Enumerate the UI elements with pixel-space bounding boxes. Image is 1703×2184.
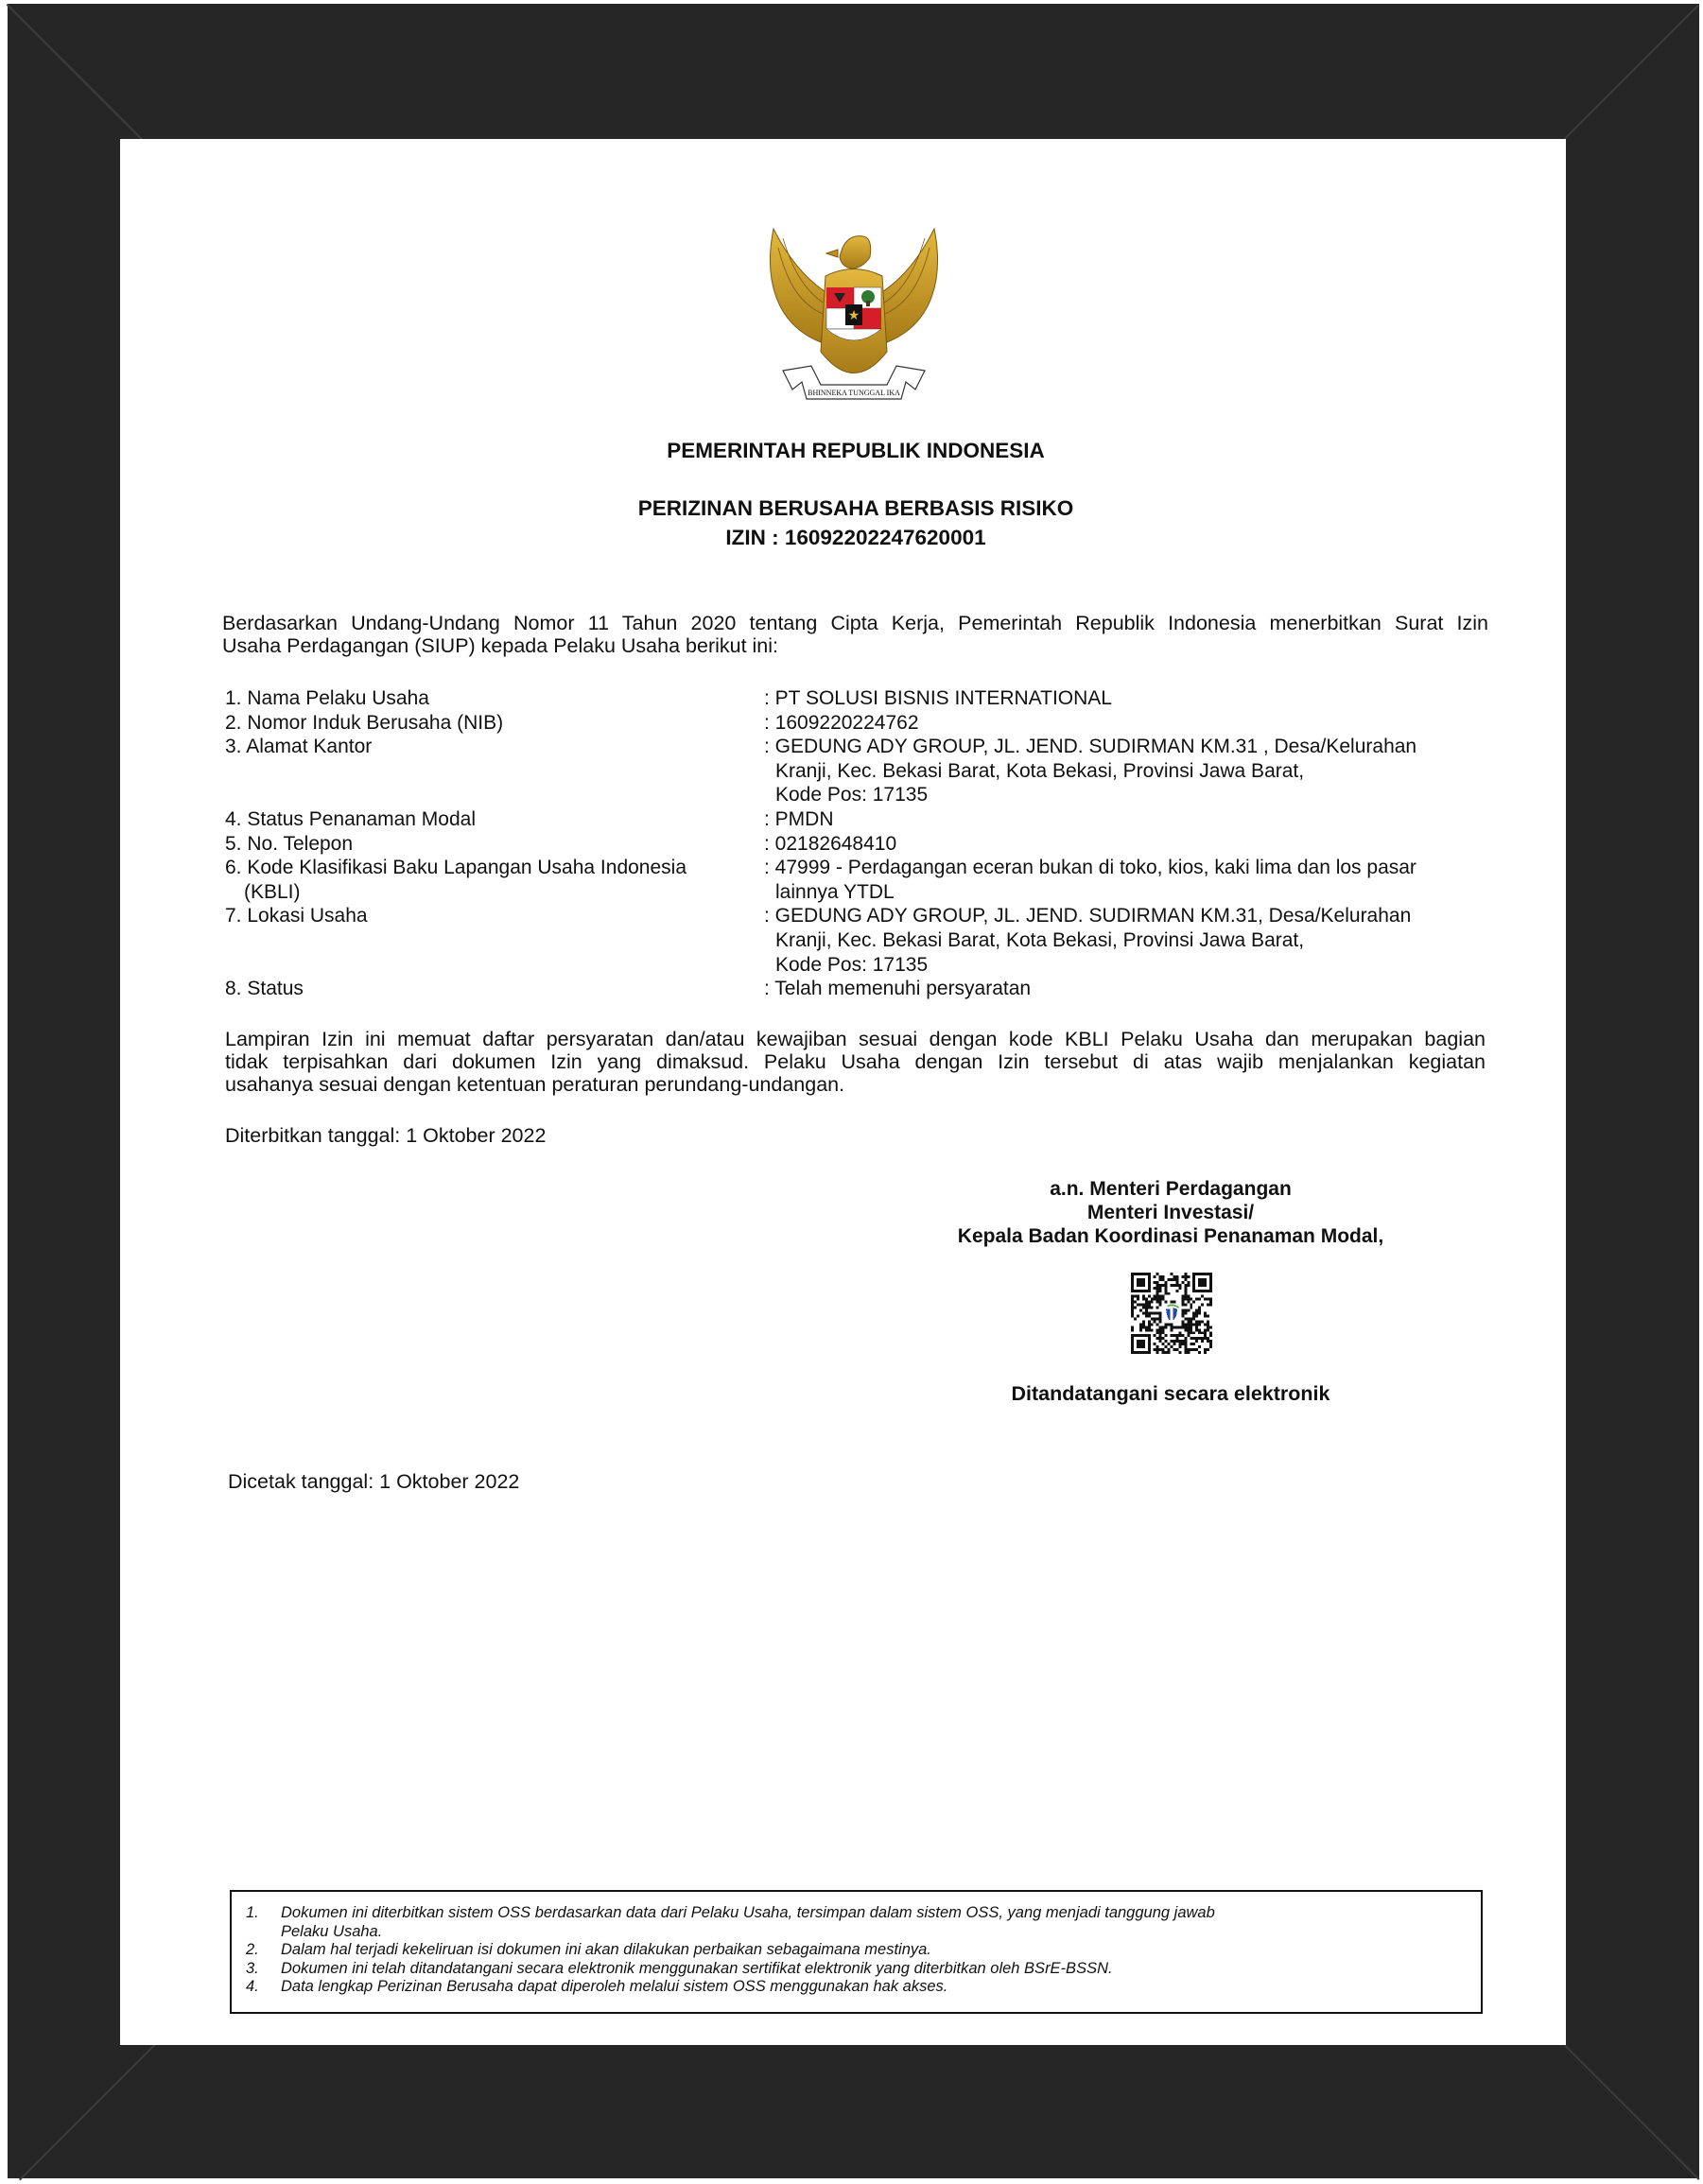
footer-note-text: Dokumen ini telah ditandatangani secara … (281, 1960, 1113, 1979)
svg-text:BHINNEKA TUNGGAL IKA: BHINNEKA TUNGGAL IKA (808, 389, 900, 397)
garuda-pancasila-emblem-icon: ★ BHINNEKA TUNGGAL IKA (764, 210, 944, 408)
field-value-continuation: Kode Pos: 17135 (775, 953, 928, 978)
signatory-line-1: a.n. Menteri Perdagangan (1050, 1177, 1292, 1201)
field-label: 1. Nama Pelaku Usaha (225, 686, 429, 711)
footer-note-text: Pelaku Usaha. (281, 1923, 382, 1942)
field-label: 2. Nomor Induk Berusaha (NIB) (225, 711, 503, 736)
government-title: PEMERINTAH REPUBLIK INDONESIA (667, 439, 1045, 463)
footer-notes-box: 1.Dokumen ini diterbitkan sistem OSS ber… (230, 1890, 1483, 2014)
footer-note-text: Dalam hal terjadi kekeliruan isi dokumen… (281, 1941, 931, 1960)
footer-note-number: 4. (246, 1978, 259, 1997)
field-value-continuation: Kranji, Kec. Bekasi Barat, Kota Bekasi, … (775, 759, 1304, 784)
footer-note-text: Dokumen ini diterbitkan sistem OSS berda… (281, 1904, 1215, 1923)
attachment-line-1: Lampiran Izin ini memuat daftar persyara… (225, 1028, 1486, 1050)
field-value: : PMDN (764, 807, 834, 832)
field-label: 7. Lokasi Usaha (225, 904, 368, 928)
footer-note-number: 3. (246, 1960, 259, 1979)
signatory-line-3: Kepala Badan Koordinasi Penanaman Modal, (958, 1224, 1383, 1248)
field-label: 3. Alamat Kantor (225, 735, 372, 759)
signatory-line-2: Menteri Investasi/ (1087, 1201, 1254, 1224)
footer-note-number: 2. (246, 1941, 259, 1960)
field-value: : GEDUNG ADY GROUP, JL. JEND. SUDIRMAN K… (764, 904, 1411, 928)
electronic-signature-note: Ditandatangani secara elektronik (1012, 1382, 1330, 1406)
attachment-paragraph: Lampiran Izin ini memuat daftar persyara… (225, 1028, 1486, 1096)
field-label: 6. Kode Klasifikasi Baku Lapangan Usaha … (225, 856, 686, 880)
issued-date: Diterbitkan tanggal: 1 Oktober 2022 (225, 1124, 546, 1148)
field-value: : 1609220224762 (764, 711, 919, 736)
intro-paragraph: Berdasarkan Undang-Undang Nomor 11 Tahun… (222, 612, 1488, 657)
permit-type-title: PERIZINAN BERUSAHA BERBASIS RISIKO (638, 496, 1073, 521)
field-value: : 02182648410 (764, 832, 896, 857)
field-value: : 47999 - Perdagangan eceran bukan di to… (764, 856, 1416, 880)
field-label: 4. Status Penanaman Modal (225, 807, 476, 832)
attachment-line-3: usahanya sesuai dengan ketentuan peratur… (225, 1073, 1486, 1096)
field-label-continuation: (KBLI) (244, 880, 301, 905)
field-label: 8. Status (225, 977, 304, 1001)
permit-number: IZIN : 16092202247620001 (725, 526, 985, 550)
field-value: : PT SOLUSI BISNIS INTERNATIONAL (764, 686, 1112, 711)
intro-line-2: Usaha Perdagangan (SIUP) kepada Pelaku U… (222, 634, 1488, 657)
field-value: : Telah memenuhi persyaratan (764, 977, 1031, 1001)
svg-text:★: ★ (848, 307, 860, 322)
field-value-continuation: Kode Pos: 17135 (775, 783, 928, 807)
attachment-line-2: tidak terpisahkan dari dokumen Izin yang… (225, 1050, 1486, 1073)
footer-note-number: 1. (246, 1904, 259, 1923)
footer-note-text: Data lengkap Perizinan Berusaha dapat di… (281, 1978, 947, 1997)
qr-code-icon[interactable] (1131, 1273, 1212, 1354)
field-value: : GEDUNG ADY GROUP, JL. JEND. SUDIRMAN K… (764, 735, 1416, 759)
field-value-continuation: lainnya YTDL (775, 880, 895, 905)
intro-line-1: Berdasarkan Undang-Undang Nomor 11 Tahun… (222, 612, 1488, 634)
field-value-continuation: Kranji, Kec. Bekasi Barat, Kota Bekasi, … (775, 928, 1304, 953)
field-label: 5. No. Telepon (225, 832, 353, 857)
printed-date: Dicetak tanggal: 1 Oktober 2022 (228, 1470, 519, 1494)
